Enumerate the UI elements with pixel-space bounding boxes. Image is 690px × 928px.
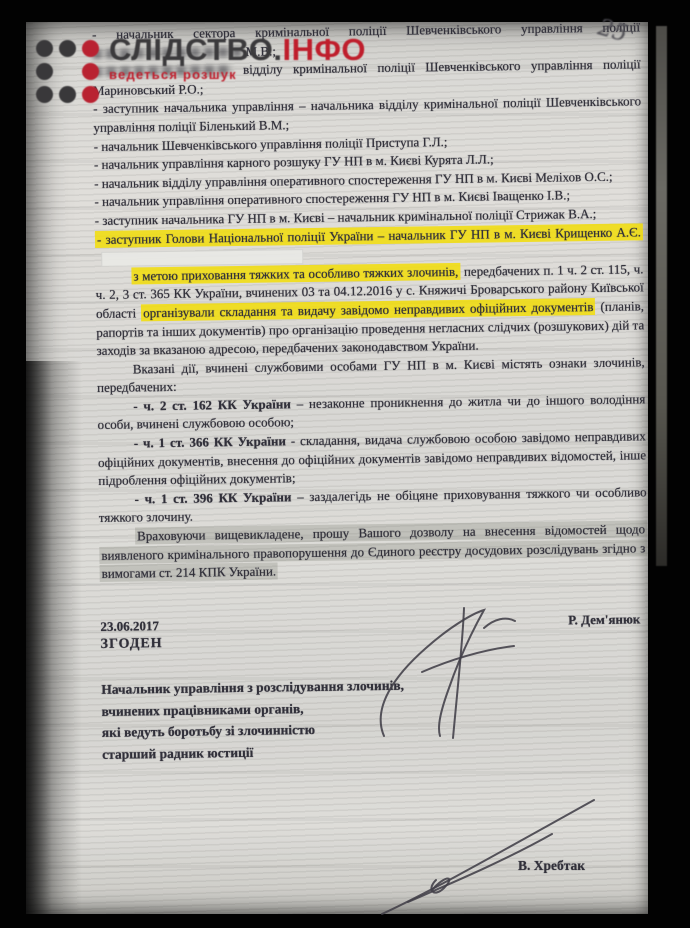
logo-dot <box>59 40 76 57</box>
document-date: 23.06.2017 <box>100 617 159 636</box>
law-reference: - ч. 2 ст. 162 КК України <box>133 396 291 413</box>
logo-title-red: ІНФО <box>282 32 366 67</box>
logo-dot <box>59 86 76 103</box>
document-scan: СЛІДСТВО.ІНФО ведеться розшук 25 - начал… <box>26 22 648 914</box>
logo-dot <box>36 63 53 80</box>
law-reference: - ч. 1 ст. 396 КК України <box>135 489 292 506</box>
logo-title: СЛІДСТВО.ІНФО <box>109 34 366 65</box>
signature-khrebtak <box>374 786 604 928</box>
photographed-document: СЛІДСТВО.ІНФО ведеться розшук 25 - начал… <box>0 0 690 928</box>
logo-dot <box>82 86 99 103</box>
logo-dots-icon <box>36 40 99 103</box>
whiteout-patch <box>101 249 303 267</box>
page-curl-shadow <box>26 361 84 914</box>
slidstvo-info-logo: СЛІДСТВО.ІНФО ведеться розшук <box>34 34 366 103</box>
gray-highlight: Враховуючи вищевикладене, прошу Вашого д… <box>99 520 647 582</box>
logo-dot <box>82 63 99 80</box>
motive-paragraph: з метою приховання тяжких та особливо тя… <box>95 260 644 361</box>
signature-demyanyuk <box>364 604 549 749</box>
logo-title-dark: СЛІДСТВО. <box>109 32 282 67</box>
logo-dot <box>82 40 99 57</box>
crime-item: - ч. 1 ст. 366 КК України - складання, в… <box>98 427 647 490</box>
logo-text: СЛІДСТВО.ІНФО ведеться розшук <box>109 34 366 81</box>
logo-dot <box>36 40 53 57</box>
logo-dot <box>36 86 53 103</box>
scan-edge-strip <box>656 26 667 566</box>
request-paragraph: Враховуючи вищевикладене, прошу Вашого д… <box>99 520 648 583</box>
law-reference: - ч. 1 ст. 366 КК України <box>134 433 286 450</box>
logo-tagline: ведеться розшук <box>109 68 366 81</box>
yellow-highlight: з метою приховання тяжких та особливо тя… <box>131 263 460 285</box>
author-name: Р. Дем'янюк <box>568 610 648 630</box>
